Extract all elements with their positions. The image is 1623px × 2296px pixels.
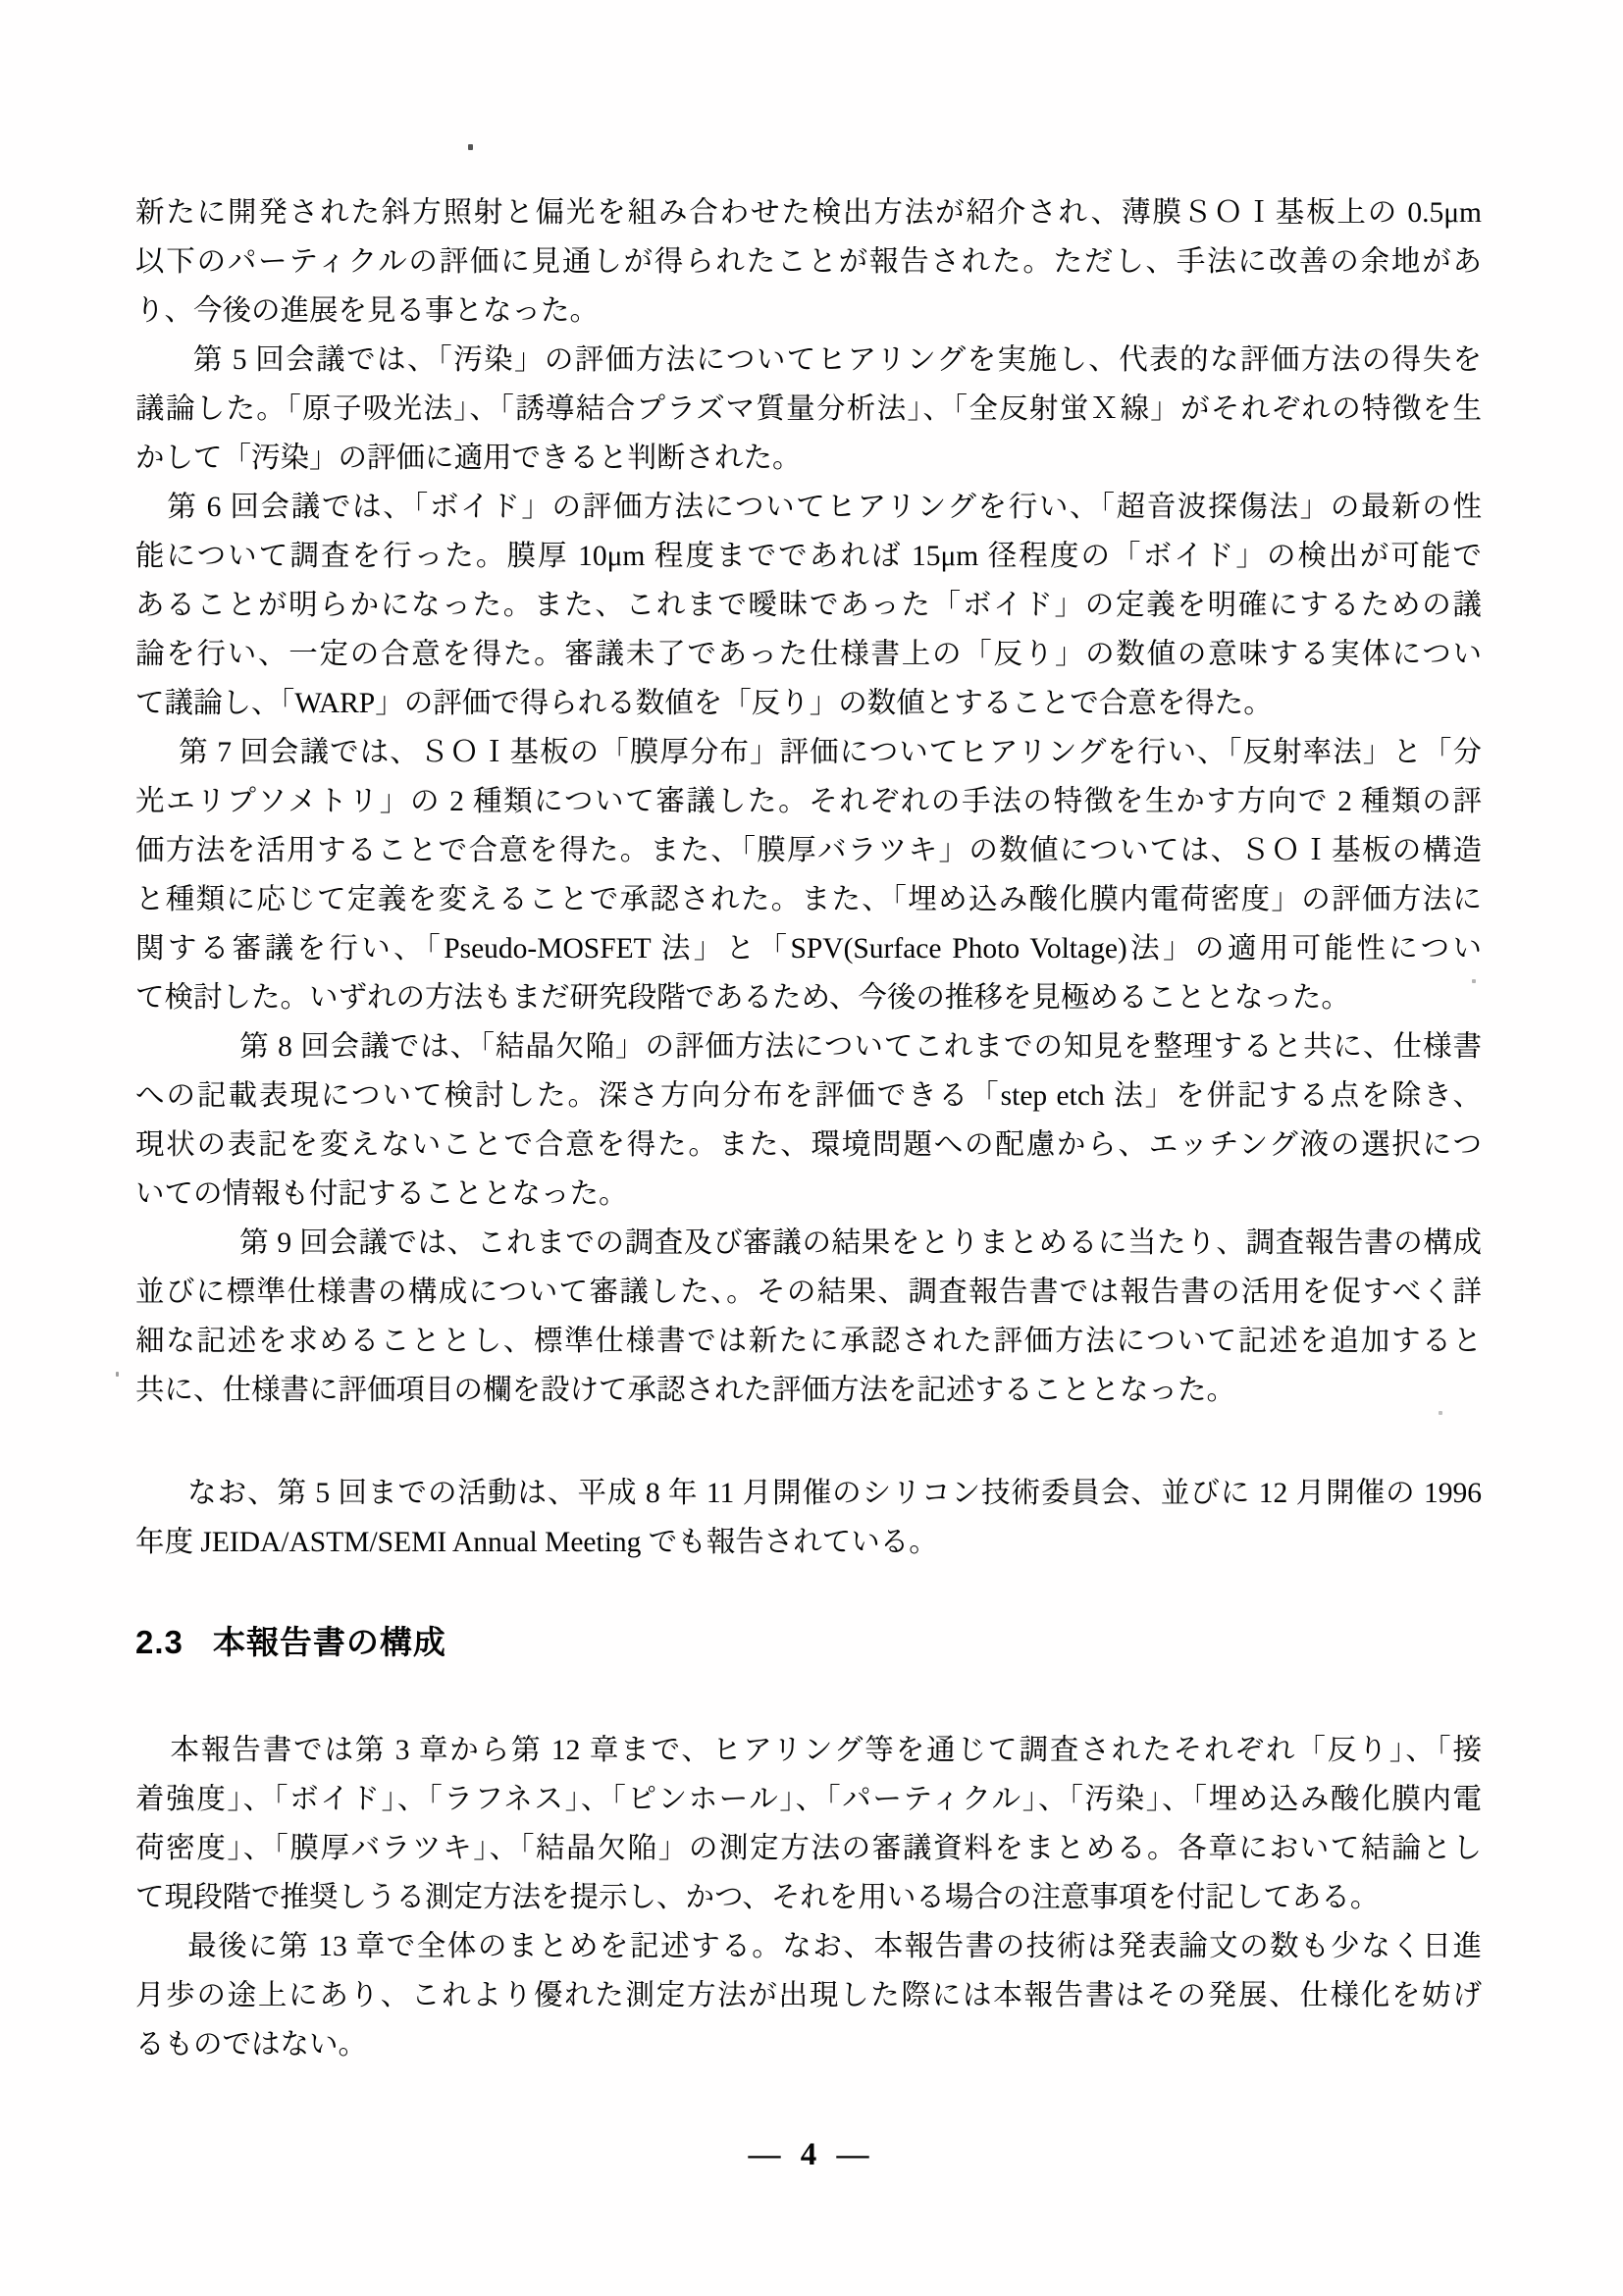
text-line: 論を行い、一定の合意を得た。審議未了であった仕様書上の「反り」の数値の意味する実… [135,630,1482,679]
text-line: り、今後の進展を見る事となった。 [135,287,1482,336]
paragraph: 第 5 回会議では、「汚染」の評価方法についてヒアリングを実施し、代表的な評価方… [135,336,1482,483]
text-line: あることが明らかになった。また、これまで曖昧であった「ボイド」の定義を明確にする… [135,581,1482,630]
text-line: て検討した。いずれの方法もまだ研究段階であるため、今後の推移を見極めることとなっ… [135,973,1482,1022]
text-line: かして「汚染」の評価に適用できると判断された。 [135,434,1482,483]
scan-speck [1472,979,1476,983]
document-page: 新たに開発された斜方照射と偏光を組み合わせた検出方法が紹介され、薄膜ＳＯＩ基板上… [0,0,1623,2296]
text-line: 以下のパーティクルの評価に見通しが得られたことが報告された。ただし、手法に改善の… [135,237,1482,287]
section-number: 2.3 [135,1624,183,1660]
text-line: 共に、仕様書に評価項目の欄を設けて承認された評価方法を記述することとなった。 [135,1366,1482,1415]
paragraph: 第 6 回会議では、「ボイド」の評価方法についてヒアリングを行い、「超音波探傷法… [135,483,1482,728]
text-line: 新たに開発された斜方照射と偏光を組み合わせた検出方法が紹介され、薄膜ＳＯＩ基板上… [135,188,1482,237]
paragraph: 最後に第 13 章で全体のまとめを記述する。なお、本報告書の技術は発表論文の数も… [135,1922,1482,2069]
document-body: 新たに開発された斜方照射と偏光を組み合わせた検出方法が紹介され、薄膜ＳＯＩ基板上… [135,188,1482,2069]
paragraph: 本報告書では第 3 章から第 12 章まで、ヒアリング等を通じて調査されたそれぞ… [135,1726,1482,1922]
text-line: 年度 JEIDA/ASTM/SEMI Annual Meeting でも報告され… [135,1518,1482,1567]
text-line: と種類に応じて定義を変えることで承認された。また、「埋め込み酸化膜内電荷密度」の… [135,875,1482,924]
text-line: 第 7 回会議では、ＳＯＩ基板の「膜厚分布」評価についてヒアリングを行い、「反射… [135,728,1482,777]
text-line: 第 8 回会議では、「結晶欠陥」の評価方法についてこれまでの知見を整理すると共に… [135,1022,1482,1071]
text-line: 細な記述を求めることとし、標準仕様書では新たに承認された評価方法について記述を追… [135,1317,1482,1366]
text-line: 第 5 回会議では、「汚染」の評価方法についてヒアリングを実施し、代表的な評価方… [135,336,1482,385]
text-line: 荷密度」、「膜厚バラツキ」、「結晶欠陥」の測定方法の審議資料をまとめる。各章にお… [135,1824,1482,1873]
text-line: 価方法を活用することで合意を得た。また、「膜厚バラツキ」の数値については、ＳＯＩ… [135,826,1482,875]
paragraph: 新たに開発された斜方照射と偏光を組み合わせた検出方法が紹介され、薄膜ＳＯＩ基板上… [135,188,1482,336]
text-line: なお、第 5 回までの活動は、平成 8 年 11 月開催のシリコン技術委員会、並… [135,1469,1482,1518]
paragraph: 第 8 回会議では、「結晶欠陥」の評価方法についてこれまでの知見を整理すると共に… [135,1022,1482,1219]
section-title: 本報告書の構成 [213,1624,446,1660]
scan-speck [116,1372,119,1377]
scan-speck [1439,1411,1442,1415]
page-footer: — 4 — [0,2137,1623,2173]
text-line: への記載表現について検討した。深さ方向分布を評価できる「step etch 法」… [135,1071,1482,1121]
text-line: 関する審議を行い、「Pseudo-MOSFET 法」と「SPV(Surface … [135,924,1482,973]
scan-speck [468,144,473,150]
section-heading: 2.3本報告書の構成 [135,1618,1482,1667]
text-line: 並びに標準仕様書の構成について審議した、。その結果、調査報告書では報告書の活用を… [135,1268,1482,1317]
paragraph: なお、第 5 回までの活動は、平成 8 年 11 月開催のシリコン技術委員会、並… [135,1469,1482,1567]
text-line: て議論し、「WARP」の評価で得られる数値を「反り」の数値とすることで合意を得た… [135,679,1482,728]
text-line: いての情報も付記することとなった。 [135,1170,1482,1219]
text-line: 議論した。「原子吸光法」、「誘導結合プラズマ質量分析法」、「全反射蛍Ｘ線」がそれ… [135,385,1482,434]
vertical-gap [135,1567,1482,1618]
text-line: 現状の表記を変えないことで合意を得た。また、環境問題への配慮から、エッチング液の… [135,1121,1482,1170]
text-line: 着強度」、「ボイド」、「ラフネス」、「ピンホール」、「パーティクル」、「汚染」、… [135,1775,1482,1824]
text-line: て現段階で推奨しうる測定方法を提示し、かつ、それを用いる場合の注意事項を付記して… [135,1873,1482,1922]
text-line: 光エリプソメトリ」の 2 種類について審議した。それぞれの手法の特徴を生かす方向… [135,777,1482,826]
text-line: 本報告書では第 3 章から第 12 章まで、ヒアリング等を通じて調査されたそれぞ… [135,1726,1482,1775]
text-line: 最後に第 13 章で全体のまとめを記述する。なお、本報告書の技術は発表論文の数も… [135,1922,1482,1971]
vertical-gap [135,1415,1482,1469]
paragraph: 第 9 回会議では、これまでの調査及び審議の結果をとりまとめるに当たり、調査報告… [135,1219,1482,1415]
vertical-gap [135,1667,1482,1726]
text-line: 第 9 回会議では、これまでの調査及び審議の結果をとりまとめるに当たり、調査報告… [135,1219,1482,1268]
page-number: — 4 — [749,2137,875,2172]
text-line: 能について調査を行った。膜厚 10μm 程度までであれば 15μm 径程度の「ボ… [135,532,1482,581]
text-line: 月歩の途上にあり、これより優れた測定方法が出現した際には本報告書はその発展、仕様… [135,1971,1482,2020]
paragraph: 第 7 回会議では、ＳＯＩ基板の「膜厚分布」評価についてヒアリングを行い、「反射… [135,728,1482,1022]
text-line: 第 6 回会議では、「ボイド」の評価方法についてヒアリングを行い、「超音波探傷法… [135,483,1482,532]
text-line: るものではない。 [135,2020,1482,2069]
